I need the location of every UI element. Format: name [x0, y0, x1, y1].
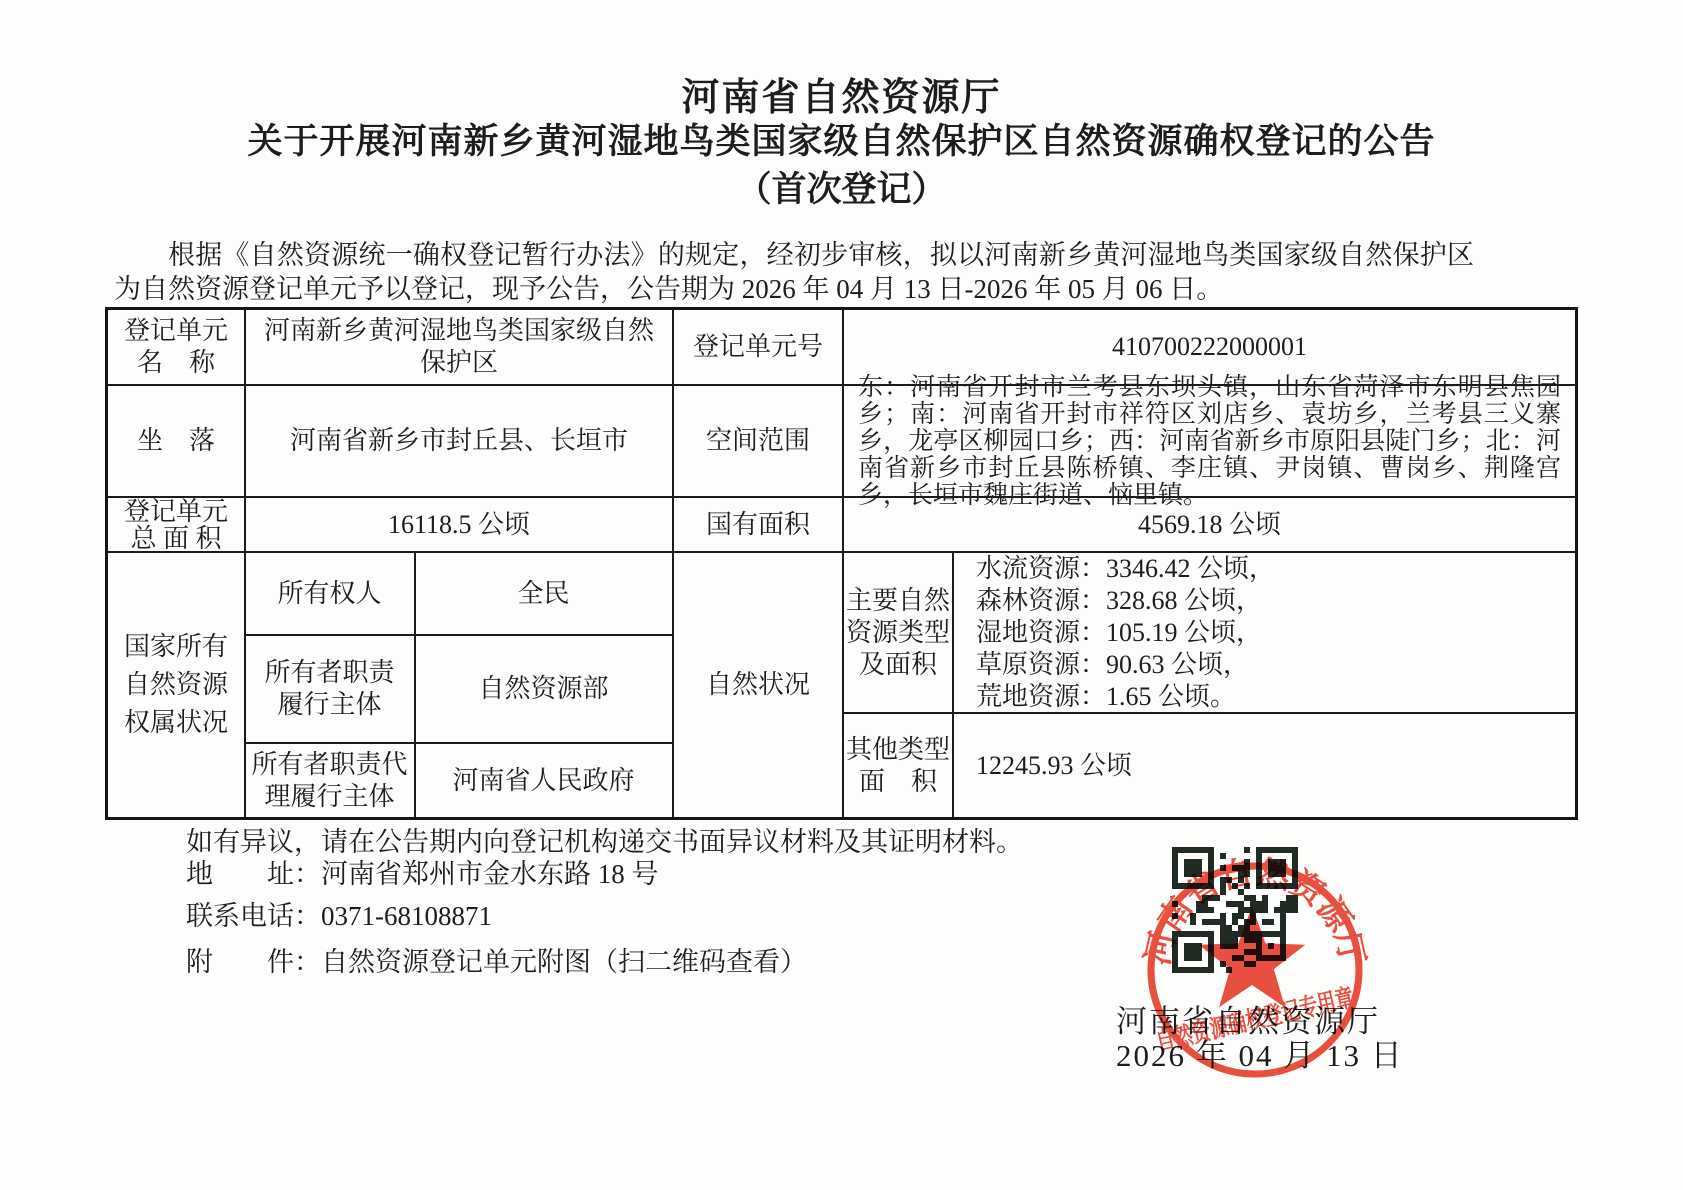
- attachment-line: 附 件：自然资源登记单元附图（扫二维码查看）: [186, 940, 807, 979]
- owner-value: 全民: [416, 553, 671, 634]
- other-type-area-label: 其他类型 面 积: [844, 714, 952, 817]
- state-owned-area-label: 国有面积: [674, 498, 842, 551]
- main-resources-value: 水流资源：3346.42 公顷， 森林资源：328.68 公顷， 湿地资源：10…: [954, 553, 1575, 712]
- phone-line: 联系电话：0371-68108871: [186, 894, 492, 933]
- unit-name-label: 登记单元 名 称: [108, 310, 244, 384]
- seal-star-icon: [1199, 906, 1306, 1007]
- official-seal: 河南省自然资源厅 自然资源确权登记专用章: [1139, 854, 1371, 1086]
- location-value: 河南省新乡市封丘县、长垣市: [246, 386, 672, 496]
- spatial-range-value: 东：河南省开封市兰考县东坝头镇，山东省菏泽市东明县焦园乡；南：河南省开封市祥符区…: [844, 386, 1575, 496]
- location-label: 坐 落: [108, 386, 244, 496]
- announcement-document: 河南省自然资源厅 关于开展河南新乡黄河湿地鸟类国家级自然保护区自然资源确权登记的…: [0, 0, 1683, 1190]
- announcement-subtitle: （首次登记）: [0, 162, 1683, 212]
- unit-number-label: 登记单元号: [674, 310, 842, 384]
- page-title: 河南省自然资源厅: [0, 66, 1683, 121]
- owner-label: 所有权人: [246, 553, 413, 634]
- ownership-status-label: 国家所有 自然资源 权属状况: [108, 553, 244, 817]
- total-area-value: 16118.5 公顷: [246, 498, 672, 551]
- unit-name-value: 河南新乡黄河湿地鸟类国家级自然保护区: [246, 310, 672, 384]
- agent-performer-value: 河南省人民政府: [416, 744, 671, 817]
- duty-performer-value: 自然资源部: [416, 636, 671, 742]
- natural-status-label: 自然状况: [674, 553, 842, 817]
- address-line: 地 址：河南省郑州市金水东路 18 号: [186, 852, 659, 891]
- registration-table: 登记单元 名 称 河南新乡黄河湿地鸟类国家级自然保护区 登记单元号 410700…: [105, 307, 1578, 820]
- registration-intro: 根据《自然资源统一确权登记暂行办法》的规定，经初步审核，拟以河南新乡黄河湿地鸟类…: [114, 238, 1474, 306]
- duty-performer-label: 所有者职责 履行主体: [246, 636, 413, 742]
- agent-performer-label: 所有者职责代 理履行主体: [246, 744, 413, 817]
- state-owned-area-value: 4569.18 公顷: [844, 498, 1575, 551]
- other-type-area-value: 12245.93 公顷: [954, 714, 1575, 817]
- total-area-label: 登记单元 总 面 积: [108, 498, 244, 551]
- main-resources-label: 主要自然 资源类型 及面积: [844, 553, 952, 712]
- spatial-range-label: 空间范围: [674, 386, 842, 496]
- announcement-title: 关于开展河南新乡黄河湿地鸟类国家级自然保护区自然资源确权登记的公告: [0, 114, 1683, 164]
